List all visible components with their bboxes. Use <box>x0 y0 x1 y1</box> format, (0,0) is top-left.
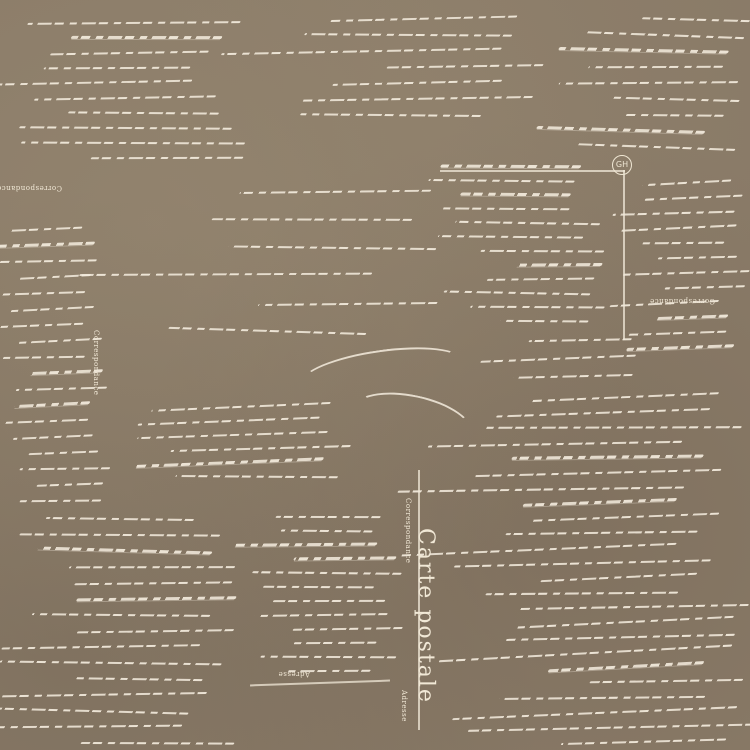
scrapbook-paper-texture: Carte postaleCorrespondanceAdresseAdress… <box>0 0 750 750</box>
script-line <box>0 660 222 665</box>
script-line <box>505 531 698 535</box>
script-line <box>43 67 190 70</box>
script-line <box>38 547 213 555</box>
script-line <box>80 742 234 745</box>
script-line <box>32 613 210 617</box>
script-line <box>76 677 203 681</box>
script-line <box>67 111 219 114</box>
script-line <box>665 285 745 289</box>
script-line <box>487 277 595 280</box>
script-line <box>536 126 705 134</box>
script-line <box>29 450 99 455</box>
script-line <box>0 419 88 425</box>
script-line <box>9 306 94 312</box>
script-line <box>262 586 373 589</box>
script-line <box>36 482 103 486</box>
script-line <box>221 48 502 55</box>
script-line <box>330 15 518 22</box>
script-line <box>642 179 731 186</box>
script-line <box>532 513 720 522</box>
script-line <box>582 31 744 39</box>
script-line <box>612 211 734 216</box>
postcard-frame-rule <box>440 170 625 172</box>
script-line <box>137 431 328 439</box>
script-line <box>658 256 737 260</box>
script-line <box>50 51 209 56</box>
monogram-stamp-icon: GH <box>612 155 632 175</box>
script-block <box>0 5 250 165</box>
script-line <box>499 696 705 700</box>
script-line <box>211 218 412 221</box>
script-line <box>299 113 480 117</box>
correspondance-label: Correspondance <box>650 297 715 305</box>
correspondance-label: Correspondance <box>404 498 412 563</box>
carte-postale-label: Carte postale <box>413 528 438 704</box>
script-line <box>0 291 86 296</box>
script-line <box>288 642 376 645</box>
script-line <box>17 338 102 344</box>
script-line <box>638 242 724 245</box>
script-line <box>438 235 584 238</box>
script-line <box>260 656 396 659</box>
script-line <box>440 165 581 168</box>
script-line <box>135 458 324 468</box>
script-line <box>452 706 737 720</box>
postcard-frame-rule <box>623 170 625 340</box>
script-block <box>109 158 441 341</box>
script-line <box>168 327 366 335</box>
script-block <box>245 500 406 679</box>
script-line <box>559 81 739 85</box>
script-line <box>399 543 677 557</box>
script-line <box>530 392 719 402</box>
script-line <box>21 142 245 145</box>
script-line <box>0 692 207 698</box>
script-line <box>0 80 193 87</box>
correspondance-label: Correspondance <box>0 184 62 192</box>
script-line <box>529 338 633 342</box>
script-line <box>12 434 93 440</box>
script-line <box>70 36 222 39</box>
script-line <box>480 250 604 253</box>
script-line <box>398 486 685 492</box>
script-line <box>561 738 727 745</box>
script-line <box>276 516 381 518</box>
script-line <box>254 613 388 617</box>
script-line <box>485 592 678 596</box>
script-line <box>480 355 636 363</box>
script-line <box>0 707 188 715</box>
script-line <box>170 445 351 452</box>
script-line <box>440 207 570 210</box>
script-line <box>0 356 85 359</box>
script-block <box>449 318 640 386</box>
script-line <box>514 374 633 379</box>
script-line <box>0 323 83 328</box>
script-line <box>626 345 734 351</box>
script-line <box>75 597 236 602</box>
correspondance-label: Correspondance <box>92 330 100 395</box>
script-line <box>19 467 110 470</box>
script-line <box>16 274 91 280</box>
script-line <box>444 290 591 295</box>
script-line <box>79 273 373 276</box>
script-line <box>519 604 749 610</box>
script-block <box>109 388 361 486</box>
script-block <box>440 376 750 750</box>
script-line <box>656 315 728 320</box>
script-line <box>258 302 438 306</box>
script-block <box>444 149 606 328</box>
script-block <box>559 0 750 156</box>
script-line <box>386 64 544 68</box>
script-line <box>234 543 378 547</box>
script-line <box>559 47 729 53</box>
script-line <box>304 33 512 37</box>
script-line <box>1 644 201 649</box>
script-line <box>468 724 750 732</box>
script-line <box>589 66 724 69</box>
script-line <box>0 259 97 263</box>
script-line <box>13 402 90 409</box>
script-line <box>541 573 698 582</box>
script-line <box>516 263 603 266</box>
script-line <box>625 114 723 117</box>
script-line <box>301 96 534 102</box>
script-line <box>439 645 732 663</box>
script-line <box>511 455 704 460</box>
script-line <box>522 498 676 506</box>
script-line <box>611 97 740 102</box>
script-line <box>75 581 233 585</box>
script-line <box>238 190 431 194</box>
script-line <box>76 629 234 633</box>
script-line <box>137 417 320 426</box>
adresse-label: Adresse <box>278 670 310 678</box>
script-line <box>505 634 735 641</box>
script-line <box>293 557 396 561</box>
script-line <box>273 600 386 602</box>
adresse-label: Adresse <box>400 690 408 722</box>
address-line-rule <box>250 680 390 686</box>
script-line <box>469 306 605 309</box>
script-line <box>332 80 502 86</box>
script-line <box>9 227 82 232</box>
script-line <box>229 245 437 250</box>
script-line <box>252 571 401 575</box>
script-line <box>19 533 220 536</box>
script-line <box>483 426 741 429</box>
script-line <box>0 242 95 248</box>
script-line <box>459 193 570 196</box>
script-line <box>513 616 733 629</box>
script-line <box>496 408 710 417</box>
script-line <box>617 224 737 232</box>
script-line <box>548 662 704 673</box>
script-line <box>645 195 743 201</box>
script-line <box>19 126 232 130</box>
script-line <box>293 627 403 631</box>
script-line <box>46 517 194 521</box>
script-line <box>28 21 242 25</box>
script-line <box>428 179 575 183</box>
script-block <box>249 0 550 124</box>
script-line <box>34 95 216 100</box>
script-line <box>472 469 722 477</box>
script-line <box>69 566 235 568</box>
script-line <box>151 402 330 412</box>
script-block <box>0 499 241 750</box>
script-line <box>455 221 600 225</box>
script-line <box>281 529 374 532</box>
script-line <box>175 475 338 478</box>
script-line <box>589 679 743 683</box>
script-line <box>641 17 750 22</box>
script-line <box>623 270 750 276</box>
script-line <box>0 725 183 729</box>
script-line <box>627 331 726 336</box>
script-line <box>455 559 712 567</box>
